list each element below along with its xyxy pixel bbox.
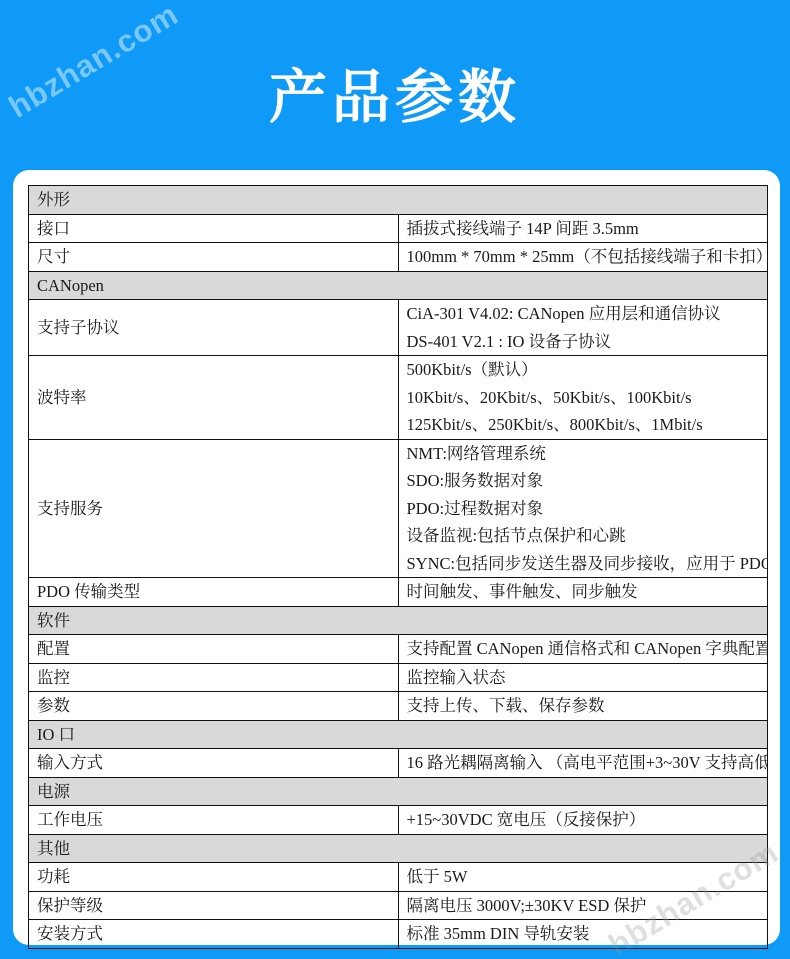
table-row: 工作电压+15~30VDC 宽电压（反接保护） bbox=[29, 806, 768, 835]
section-label: IO 口 bbox=[29, 720, 768, 749]
param-name: 接口 bbox=[29, 214, 399, 243]
param-value-line: 监控输入状态 bbox=[407, 664, 760, 692]
param-value-line: PDO:过程数据对象 bbox=[407, 495, 760, 523]
section-row: IO 口 bbox=[29, 720, 768, 749]
param-name: PDO 传输类型 bbox=[29, 578, 399, 607]
param-value-line: CiA-301 V4.02: CANopen 应用层和通信协议 bbox=[407, 300, 760, 328]
section-label: 软件 bbox=[29, 606, 768, 635]
spec-card: 外形接口插拔式接线端子 14P 间距 3.5mm尺寸100mm * 70mm *… bbox=[13, 170, 780, 945]
table-row: 配置支持配置 CANopen 通信格式和 CANopen 字典配置（导入和导出） bbox=[29, 635, 768, 664]
section-row: 其他 bbox=[29, 834, 768, 863]
param-value-line: NMT:网络管理系统 bbox=[407, 440, 760, 468]
param-value-line: 标准 35mm DIN 导轨安装 bbox=[407, 920, 760, 948]
param-value: 支持上传、下载、保存参数 bbox=[398, 692, 768, 721]
param-name: 输入方式 bbox=[29, 749, 399, 778]
param-value-line: 10Kbit/s、20Kbit/s、50Kbit/s、100Kbit/s bbox=[407, 384, 760, 412]
section-row: 软件 bbox=[29, 606, 768, 635]
table-row: 安装方式标准 35mm DIN 导轨安装 bbox=[29, 920, 768, 949]
param-value: NMT:网络管理系统SDO:服务数据对象PDO:过程数据对象设备监视:包括节点保… bbox=[398, 439, 768, 578]
param-value: 500Kbit/s（默认）10Kbit/s、20Kbit/s、50Kbit/s、… bbox=[398, 356, 768, 440]
param-value: CiA-301 V4.02: CANopen 应用层和通信协议DS-401 V2… bbox=[398, 300, 768, 356]
table-row: 输入方式16 路光耦隔离输入 （高电平范围+3~30V 支持高低电平倒置） bbox=[29, 749, 768, 778]
param-value: 时间触发、事件触发、同步触发 bbox=[398, 578, 768, 607]
param-value-line: 支持配置 CANopen 通信格式和 CANopen 字典配置（导入和导出） bbox=[407, 635, 760, 663]
param-name: 保护等级 bbox=[29, 891, 399, 920]
table-row: 波特率500Kbit/s（默认）10Kbit/s、20Kbit/s、50Kbit… bbox=[29, 356, 768, 440]
param-value-line: 隔离电压 3000V;±30KV ESD 保护 bbox=[407, 892, 760, 920]
param-name: 波特率 bbox=[29, 356, 399, 440]
param-name: 支持子协议 bbox=[29, 300, 399, 356]
param-value-line: 125Kbit/s、250Kbit/s、800Kbit/s、1Mbit/s bbox=[407, 411, 760, 439]
table-row: 保护等级隔离电压 3000V;±30KV ESD 保护 bbox=[29, 891, 768, 920]
param-value: 16 路光耦隔离输入 （高电平范围+3~30V 支持高低电平倒置） bbox=[398, 749, 768, 778]
param-value: 低于 5W bbox=[398, 863, 768, 892]
param-name: 工作电压 bbox=[29, 806, 399, 835]
table-row: PDO 传输类型时间触发、事件触发、同步触发 bbox=[29, 578, 768, 607]
section-label: 外形 bbox=[29, 186, 768, 215]
section-row: 电源 bbox=[29, 777, 768, 806]
param-value: 支持配置 CANopen 通信格式和 CANopen 字典配置（导入和导出） bbox=[398, 635, 768, 664]
param-value-line: 设备监视:包括节点保护和心跳 bbox=[407, 522, 760, 550]
section-label: 其他 bbox=[29, 834, 768, 863]
param-value: 插拔式接线端子 14P 间距 3.5mm bbox=[398, 214, 768, 243]
param-name: 监控 bbox=[29, 663, 399, 692]
param-value-line: 时间触发、事件触发、同步触发 bbox=[407, 578, 760, 606]
param-value: 标准 35mm DIN 导轨安装 bbox=[398, 920, 768, 949]
param-value: 隔离电压 3000V;±30KV ESD 保护 bbox=[398, 891, 768, 920]
param-name: 功耗 bbox=[29, 863, 399, 892]
section-label: CANopen bbox=[29, 271, 768, 300]
param-value: 监控输入状态 bbox=[398, 663, 768, 692]
param-value-line: SYNC:包括同步发送生器及同步接收，应用于 PDO 传输 bbox=[407, 550, 760, 578]
param-value: 100mm * 70mm * 25mm（不包括接线端子和卡扣） bbox=[398, 243, 768, 272]
param-name: 配置 bbox=[29, 635, 399, 664]
table-row: 监控监控输入状态 bbox=[29, 663, 768, 692]
table-row: 支持服务NMT:网络管理系统SDO:服务数据对象PDO:过程数据对象设备监视:包… bbox=[29, 439, 768, 578]
param-name: 支持服务 bbox=[29, 439, 399, 578]
param-name: 参数 bbox=[29, 692, 399, 721]
param-value-line: 支持上传、下载、保存参数 bbox=[407, 692, 760, 720]
section-row: CANopen bbox=[29, 271, 768, 300]
param-value-line: 500Kbit/s（默认） bbox=[407, 356, 760, 384]
param-name: 安装方式 bbox=[29, 920, 399, 949]
spec-table: 外形接口插拔式接线端子 14P 间距 3.5mm尺寸100mm * 70mm *… bbox=[28, 185, 768, 949]
param-value-line: 100mm * 70mm * 25mm（不包括接线端子和卡扣） bbox=[407, 243, 760, 271]
section-row: 外形 bbox=[29, 186, 768, 215]
page-title: 产品参数 bbox=[0, 50, 790, 134]
table-row: 尺寸100mm * 70mm * 25mm（不包括接线端子和卡扣） bbox=[29, 243, 768, 272]
param-value-line: +15~30VDC 宽电压（反接保护） bbox=[407, 806, 760, 834]
table-row: 功耗低于 5W bbox=[29, 863, 768, 892]
param-value-line: 插拔式接线端子 14P 间距 3.5mm bbox=[407, 215, 760, 243]
table-row: 接口插拔式接线端子 14P 间距 3.5mm bbox=[29, 214, 768, 243]
section-label: 电源 bbox=[29, 777, 768, 806]
param-value-line: SDO:服务数据对象 bbox=[407, 467, 760, 495]
param-value: +15~30VDC 宽电压（反接保护） bbox=[398, 806, 768, 835]
param-value-line: DS-401 V2.1 : IO 设备子协议 bbox=[407, 328, 760, 356]
param-value-line: 低于 5W bbox=[407, 863, 760, 891]
param-name: 尺寸 bbox=[29, 243, 399, 272]
table-row: 参数支持上传、下载、保存参数 bbox=[29, 692, 768, 721]
table-row: 支持子协议CiA-301 V4.02: CANopen 应用层和通信协议DS-4… bbox=[29, 300, 768, 356]
param-value-line: 16 路光耦隔离输入 （高电平范围+3~30V 支持高低电平倒置） bbox=[407, 749, 760, 777]
